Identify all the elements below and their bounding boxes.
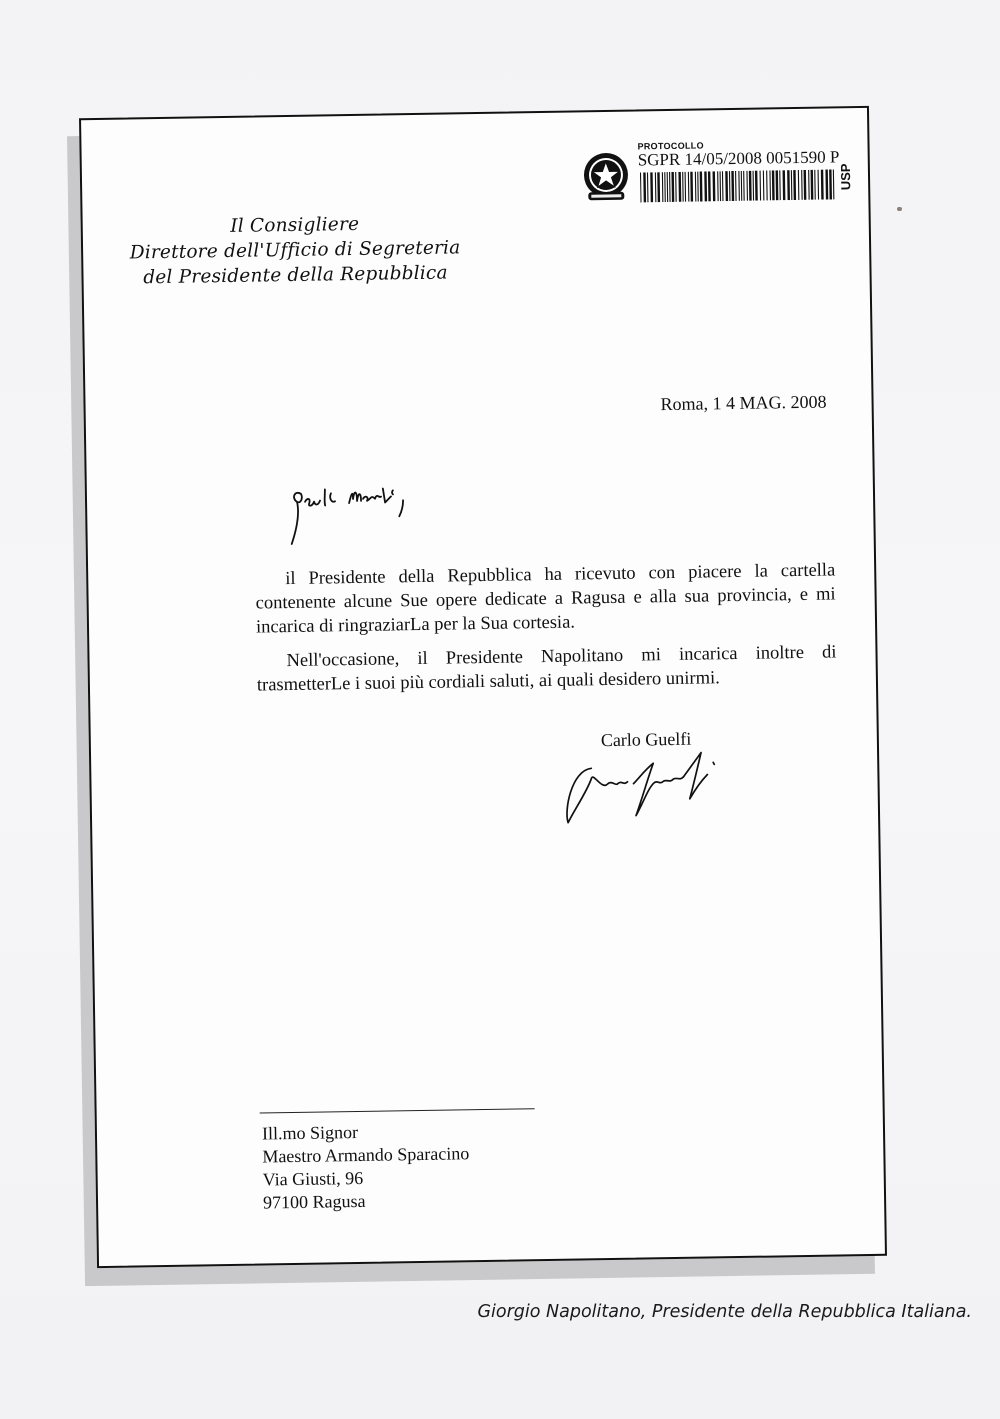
italian-republic-emblem-icon [576, 146, 637, 207]
address-divider [260, 1108, 535, 1113]
office-letterhead: Il Consigliere Direttore dell'Ufficio di… [105, 210, 486, 291]
protocol-stamp: PROTOCOLLO SGPR 14/05/2008 0051590 P USP [575, 138, 866, 213]
address-line: Maestro Armando Sparacino [262, 1142, 469, 1168]
body-paragraph: Nell'occasione, il Presidente Napolitano… [256, 640, 837, 697]
photo-caption: Giorgio Napolitano, Presidente della Rep… [477, 1302, 972, 1322]
protocol-number: SGPR 14/05/2008 0051590 P [638, 147, 840, 170]
recipient-address: Ill.mo Signor Maestro Armando Sparacino … [262, 1119, 470, 1214]
letterhead-line: del Presidente della Repubblica [105, 260, 485, 291]
usp-code: USP [838, 163, 853, 190]
barcode-icon [640, 169, 838, 202]
address-line: Via Giusti, 96 [263, 1165, 470, 1191]
body-paragraph: il Presidente della Repubblica ha ricevu… [255, 558, 836, 639]
address-line: Ill.mo Signor [262, 1119, 469, 1145]
letter-body: il Presidente della Repubblica ha ricevu… [255, 558, 837, 707]
paper-speck [897, 207, 902, 211]
address-line: 97100 Ragusa [263, 1188, 470, 1214]
handwritten-salutation: Gentile Maestro, [287, 479, 478, 552]
signer-name: Carlo Guelfi [601, 729, 692, 751]
letter-document: PROTOCOLLO SGPR 14/05/2008 0051590 P USP… [79, 106, 887, 1268]
date-line: Roma, 1 4 MAG. 2008 [660, 392, 826, 416]
handwritten-signature-icon [561, 748, 752, 831]
